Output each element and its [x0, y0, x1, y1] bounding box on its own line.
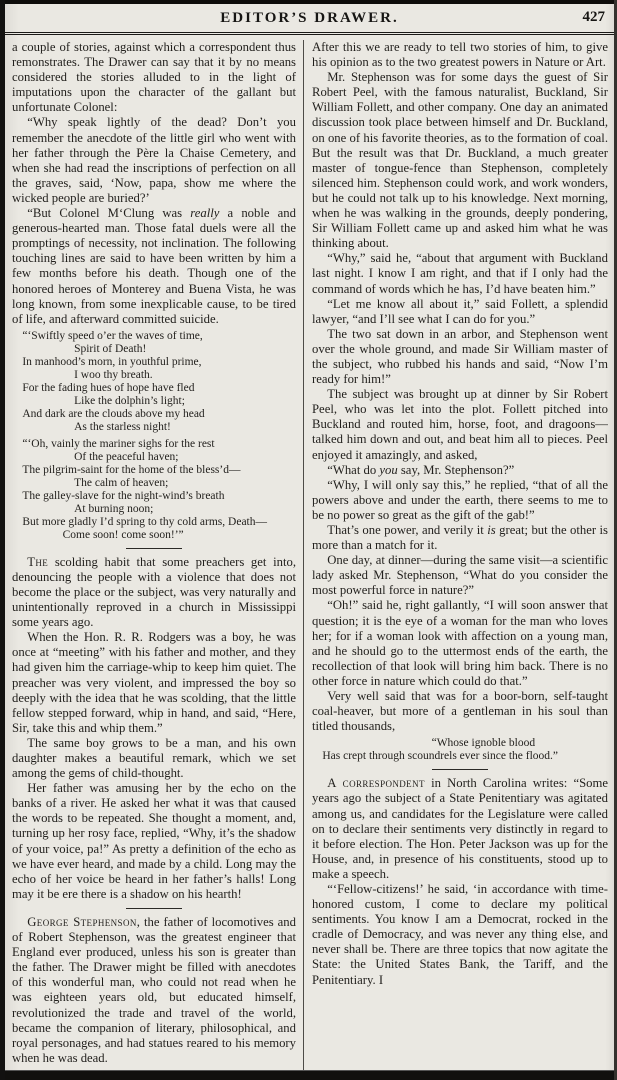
paragraph: “What do you say, Mr. Stephenson?”	[312, 463, 608, 478]
poem-line: The pilgrim-saint for the home of the bl…	[22, 464, 296, 477]
small-caps-lead: A correspondent	[327, 776, 425, 790]
paragraph: “But Colonel M‘Clung was really a noble …	[12, 206, 296, 327]
poem-line: And dark are the clouds above my head	[22, 408, 296, 421]
poem-line: For the fading hues of hope have fled	[22, 382, 296, 395]
paragraph: Mr. Stephenson was for some days the gue…	[312, 70, 608, 251]
poem-line: Spirit of Death!	[22, 343, 296, 356]
small-caps-lead: George Stephenson	[27, 915, 137, 929]
paragraph: That’s one power, and verily it is great…	[312, 523, 608, 553]
page-number: 427	[583, 9, 606, 26]
paragraph: a couple of stories, against which a cor…	[12, 40, 296, 115]
poem-line: The calm of heaven;	[22, 477, 296, 490]
paragraph: One day, at dinner—during the same visit…	[312, 553, 608, 598]
poem-line: Like the dolphin’s light;	[22, 395, 296, 408]
paragraph: Very well said that was for a boor-born,…	[312, 689, 608, 734]
poem-line: “‘Swiftly speed o’er the waves of time,	[22, 330, 296, 343]
left-column: a couple of stories, against which a cor…	[12, 40, 303, 1076]
poem-line: In manhood’s morn, in youthful prime,	[22, 356, 296, 369]
paragraph: After this we are ready to tell two stor…	[312, 40, 608, 70]
paragraph: “Why, I will only say this,” he replied,…	[312, 478, 608, 523]
poem-line: As the starless night!	[22, 421, 296, 434]
paragraph: The scolding habit that some preachers g…	[12, 555, 296, 630]
section-divider	[432, 769, 488, 770]
paragraph: The subject was brought up at dinner by …	[312, 387, 608, 462]
paragraph: The same boy grows to be a man, and his …	[12, 736, 296, 781]
section-divider	[126, 908, 182, 909]
poem-line: I woo thy breath.	[22, 369, 296, 382]
page-header: EDITOR’S DRAWER. 427	[5, 4, 614, 35]
paragraph: A correspondent in North Carolina writes…	[312, 776, 608, 882]
poem-line: “‘Oh, vainly the mariner sighs for the r…	[22, 438, 296, 451]
paragraph: “Let me know all about it,” said Follett…	[312, 297, 608, 327]
poem-stanza: “‘Swiftly speed o’er the waves of time,S…	[22, 330, 296, 434]
paragraph: The two sat down in an arbor, and Stephe…	[312, 327, 608, 387]
section-divider	[126, 548, 182, 549]
page-body: a couple of stories, against which a cor…	[5, 35, 614, 1076]
bottom-border-rule	[5, 1070, 614, 1080]
paragraph: “Why,” said he, “about that argument wit…	[312, 251, 608, 296]
poem-line: The galley-slave for the night-wind’s br…	[22, 490, 296, 503]
paragraph: George Stephenson, the father of locomot…	[12, 915, 296, 1066]
paragraph: “Oh!” said he, right gallantly, “I will …	[312, 598, 608, 689]
right-column: After this we are ready to tell two stor…	[304, 40, 608, 1076]
poem-line: At burning noon;	[22, 503, 296, 516]
paragraph: When the Hon. R. R. Rodgers was a boy, h…	[12, 630, 296, 736]
poem-line: Come soon! come soon!’”	[22, 529, 296, 542]
paragraph: “‘Fellow-citizens!’ he said, ‘in accorda…	[312, 882, 608, 988]
paragraph: “Why speak lightly of the dead? Don’t yo…	[12, 115, 296, 206]
poem-stanza: “‘Oh, vainly the mariner sighs for the r…	[22, 438, 296, 542]
poem-stanza: “Whose ignoble bloodHas crept through sc…	[322, 737, 608, 763]
poem-line: But more gladly I’d spring to thy cold a…	[22, 516, 296, 529]
poem-line: “Whose ignoble blood	[322, 737, 608, 750]
paragraph: Her father was amusing her by the echo o…	[12, 781, 296, 902]
poem-line: Has crept through scoundrels ever since …	[322, 750, 608, 763]
small-caps-lead: The	[27, 555, 48, 569]
poem-line: Of the peaceful haven;	[22, 451, 296, 464]
magazine-page: EDITOR’S DRAWER. 427 a couple of stories…	[0, 0, 617, 1080]
page-title: EDITOR’S DRAWER.	[220, 10, 398, 27]
